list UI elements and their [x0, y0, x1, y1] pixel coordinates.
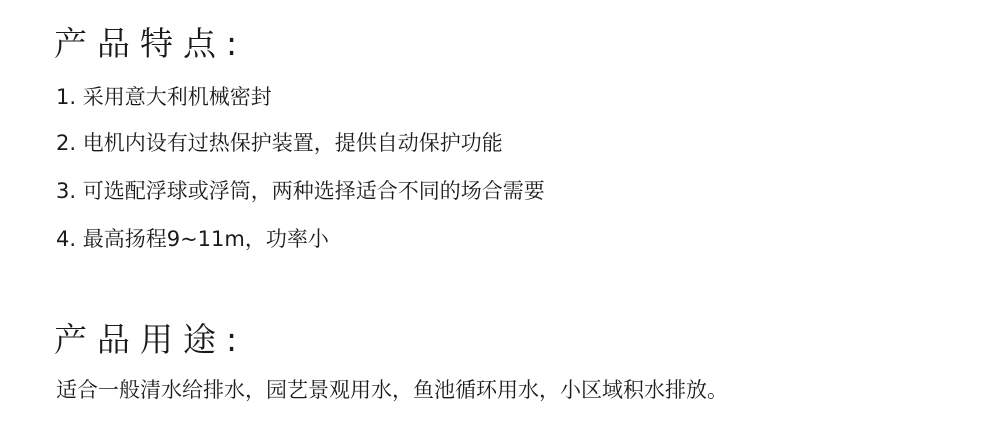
- feature-item: 2. 电机内设有过热保护装置，提供自动保护功能: [56, 133, 503, 154]
- usage-text: 适合一般清水给排水，园艺景观用水，鱼池循环用水，小区域积水排放。: [56, 380, 728, 401]
- feature-item: 3. 可选配浮球或浮筒，两种选择适合不同的场合需要: [56, 181, 545, 202]
- features-heading: 产品特点:: [54, 27, 247, 60]
- usage-heading: 产品用途:: [54, 323, 247, 356]
- feature-item: 1. 采用意大利机械密封: [56, 87, 272, 108]
- feature-item: 4. 最高扬程9~11m，功率小: [56, 229, 329, 250]
